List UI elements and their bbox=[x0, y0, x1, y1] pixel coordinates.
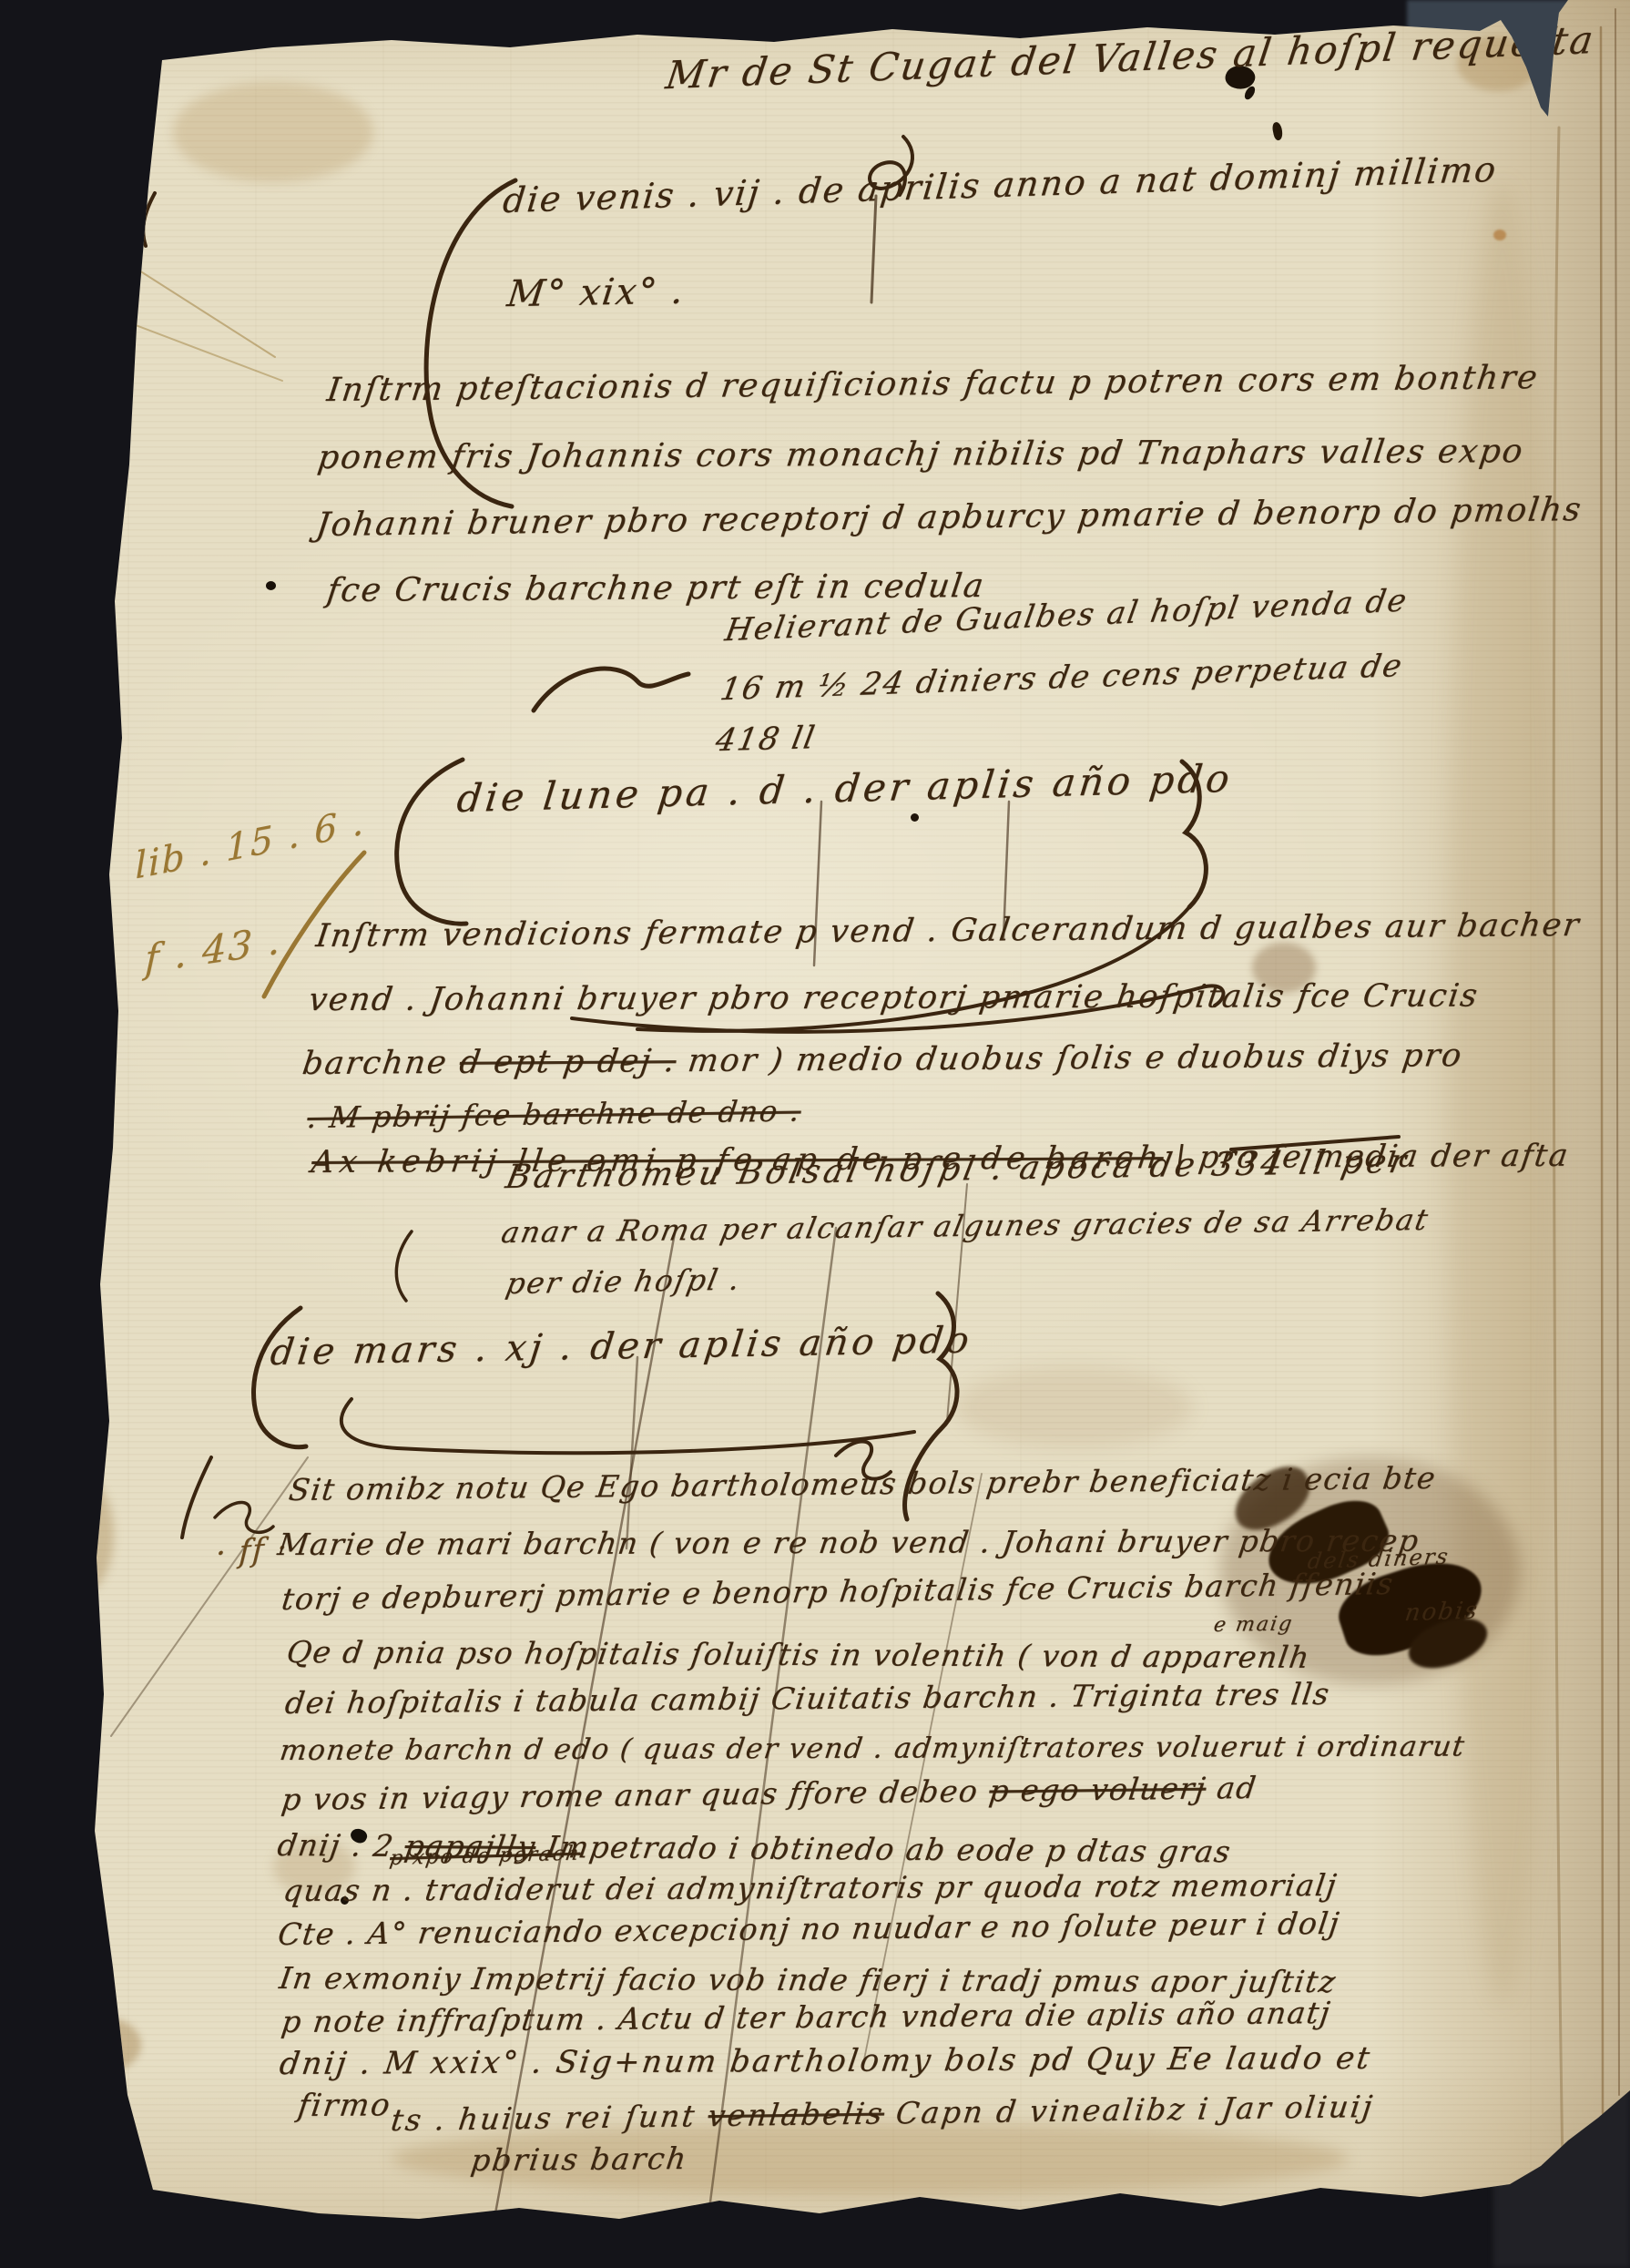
signature-line: dnij . M xxix° . Sig+num bartholomy bols… bbox=[278, 2040, 1374, 2082]
leaf-edge-line bbox=[1615, 9, 1619, 2095]
interline-note: nobis bbox=[1403, 1597, 1481, 1627]
body-line: monete barchn d edo ( quas der vend . ad… bbox=[278, 1730, 1467, 1767]
body-line: In exmoniy Impetrij facio vob inde fierj… bbox=[277, 1960, 1339, 1999]
interline-note: e maig bbox=[1212, 1612, 1295, 1637]
hairline-stroke bbox=[111, 1457, 308, 1736]
body-line: vend . Johanni bruyer pbro receptorj pma… bbox=[307, 978, 1482, 1019]
hairline-stroke bbox=[129, 264, 275, 357]
body-segment: dnij . 2 bbox=[275, 1827, 407, 1864]
body-line: Qe d pnia pso hoſpitalis ſoluiſtis in vo… bbox=[284, 1634, 1312, 1675]
hairline-stroke bbox=[95, 310, 282, 381]
body-segment: Impetrado i obtinedo ab eode p dtas gras bbox=[533, 1829, 1233, 1869]
leaf-edge-line bbox=[1601, 27, 1603, 2113]
docket-line: 418 ll bbox=[713, 720, 820, 759]
paragraph-slash bbox=[182, 1457, 211, 1538]
swash-annotation1 bbox=[534, 669, 688, 710]
ink-blot bbox=[266, 581, 276, 590]
docket-line: per die hoſpl . bbox=[504, 1262, 745, 1302]
date-line: M° xix° . bbox=[504, 271, 688, 316]
body-segment: ad bbox=[1204, 1770, 1259, 1806]
paren-annotation2 bbox=[396, 1231, 412, 1301]
body-segment: ts . huius rei ſunt bbox=[389, 2098, 710, 2138]
paragraph-slash bbox=[143, 193, 155, 246]
body-line: quas n . tradiderut dei admyniſtratoris … bbox=[281, 1867, 1340, 1908]
struck-line: . M pbrij fce barchne de dno . bbox=[305, 1093, 803, 1135]
ink-blot bbox=[911, 813, 919, 822]
paren-open-entry3 bbox=[253, 1308, 306, 1447]
struck-segment: d ept p dej . bbox=[457, 1043, 678, 1081]
brace-open-entry2 bbox=[397, 760, 466, 924]
manuscript-page: Mr de St Cugat del Valles al hoſpl reque… bbox=[0, 0, 1630, 2268]
manuscript-scan: Mr de St Cugat del Valles al hoſpl reque… bbox=[0, 0, 1630, 2268]
body-line: fce Crucis barchne prt eſt in cedula bbox=[325, 567, 988, 609]
body-segment: Capn d vinealibz i Jar oliuij bbox=[882, 2089, 1377, 2131]
body-line: Marie de mari barchn ( von e re nob vend… bbox=[276, 1523, 1422, 1562]
body-segment: mor ) medio duobus ſolis e duobus diys p… bbox=[674, 1037, 1465, 1079]
struck-segment: venlabelis bbox=[706, 2095, 886, 2133]
struck-segment: p ego voluerj bbox=[987, 1771, 1208, 1809]
body-line: firmo bbox=[296, 2087, 394, 2124]
body-segment: barchne bbox=[301, 1045, 463, 1082]
underline-flourish-entry3 bbox=[341, 1399, 914, 1453]
interline-note: dels diners bbox=[1306, 1544, 1452, 1575]
cancellation-stroke bbox=[492, 1228, 676, 2233]
body-line: ponem fris Johannis cors monachj nibilis… bbox=[315, 433, 1526, 476]
witness-line: pbrius barch bbox=[469, 2140, 690, 2178]
descender-stroke bbox=[871, 196, 876, 302]
